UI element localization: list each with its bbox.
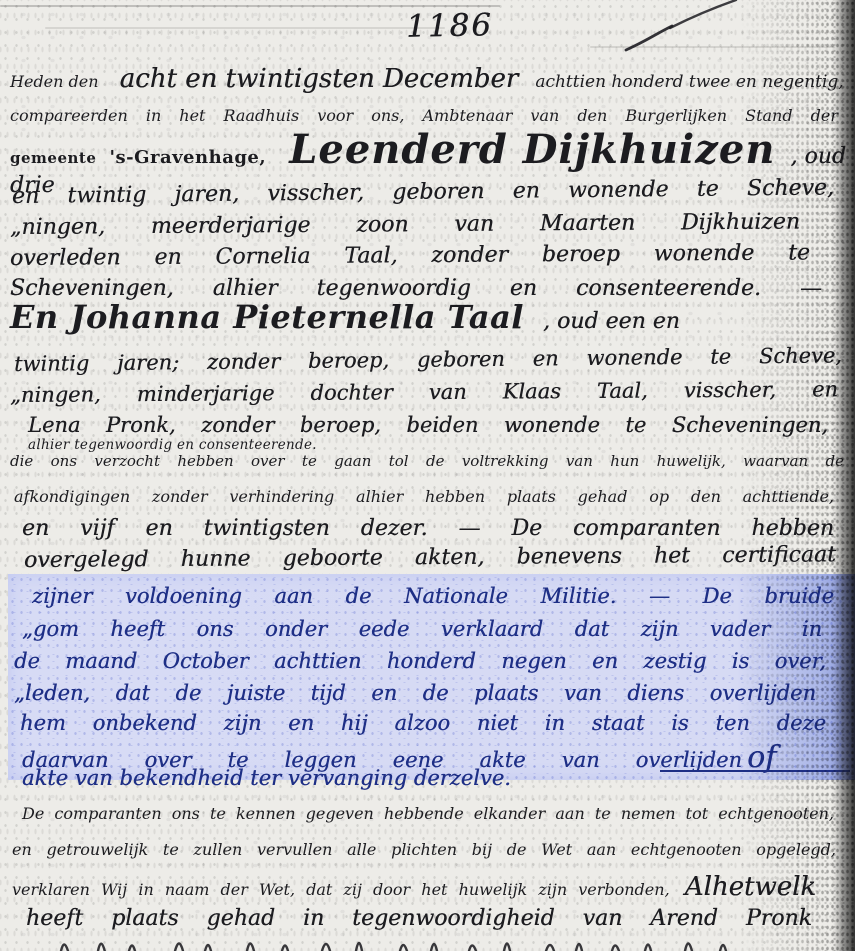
bride-age-lead: , oud een en [543,309,680,334]
opening-line-1: Heden den acht en twintigsten December a… [10,64,844,94]
closing-line-3: verklaren Wij in naam der Wet, dat zij d… [12,872,844,902]
closing-line-1: De comparanten ons te kennen gegeven heb… [22,804,834,824]
scan-edge-shadow [833,0,855,951]
pen-stroke-mark [618,0,743,58]
highlight-line-1: zijner voldoening aan de Nationale Milit… [32,584,834,609]
closing-line-3-text: verklaren Wij in naam der Wet, dat zij d… [12,880,670,899]
bride-line-2: „ningen, minderjarige dochter van Klaas … [10,377,838,408]
bride-line-1: twintig jaren; zonder beroep, geboren en… [14,343,842,377]
groom-line-2: „ningen, meerderjarige zoon van Maarten … [10,209,800,241]
marriage-line-3: en vijf en twintigsten dezer. — De compa… [22,516,834,542]
partial-line-cutoff [55,934,800,951]
closing-line-2: en getrouwelijk te zullen vervullen alle… [12,840,836,860]
highlighted-passage: zijner voldoening aan de Nationale Milit… [8,574,855,780]
gemeente-label: gemeente [10,149,96,167]
opening-line-2: compareerden in het Raadhuis voor ons, A… [10,106,838,126]
opening-heden: Heden den [10,72,99,91]
document-scan: 1186 Heden den acht en twintigsten Decem… [0,0,855,951]
highlight-line-5: hem onbekend zijn en hij alzoo niet in s… [20,711,826,736]
marriage-date: acht en twintigsten December [120,64,519,94]
marriage-line-2: afkondigingen zonder verhindering alhier… [14,487,834,507]
highlight-line-4: „leden, dat de juiste tijd en de plaats … [14,681,816,706]
highlight-line-7: akte van bekendheid ter vervanging derze… [22,766,511,791]
marriage-line-4: overgelegd hunne geboorte akten, beneven… [24,542,836,574]
marriage-line-1: die ons verzocht hebben over te gaan tol… [10,452,844,470]
bride-line-4: alhier tegenwoordig en consenteerende. [28,438,317,453]
bride-name-line: En Johanna Pieternella Taal , oud een en [10,298,680,336]
gemeente-name: 's-Gravenhage, [109,147,266,168]
closing-line-4: heeft plaats gehad in tegenwoordigheid v… [26,906,812,932]
highlight-line-2: „gom heeft ons onder eede verklaard dat … [22,617,822,642]
scan-streak [0,5,500,7]
groom-name: Leenderd Dijkhuizen [289,126,775,173]
bride-name: En Johanna Pieternella Taal [10,298,524,336]
highlight-line-3: de maand October achttien honderd negen … [14,649,826,674]
groom-line-3: overleden en Cornelia Taal, zonder beroe… [10,240,810,272]
bride-line-3: Lena Pronk, zonder beroep, beiden wonend… [28,413,828,438]
